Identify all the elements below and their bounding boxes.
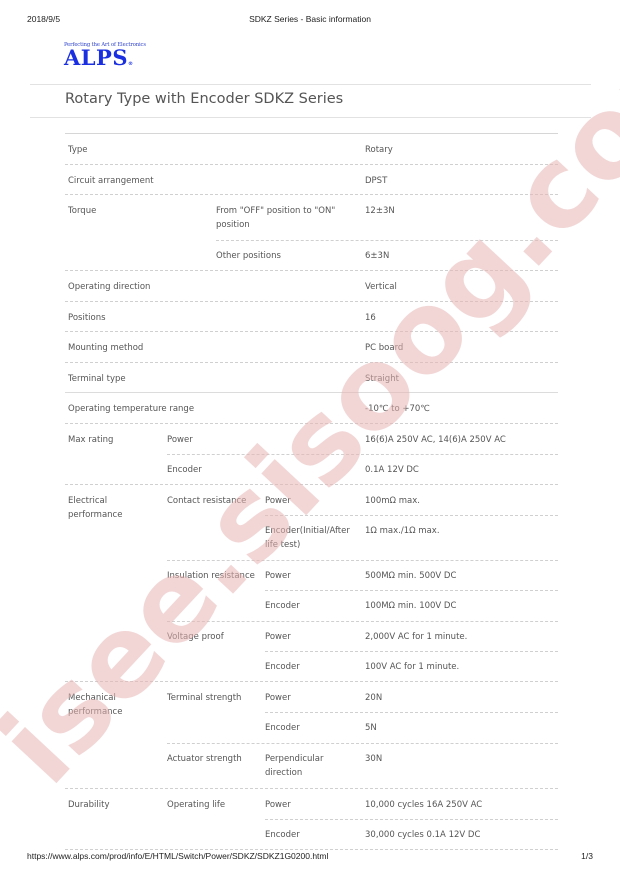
table-row-electrical: Electrical performance Contact resistanc… xyxy=(65,485,558,682)
sub-divider xyxy=(216,240,558,242)
table-row: Mounting method PC board xyxy=(65,332,558,363)
page-title: Rotary Type with Encoder SDKZ Series xyxy=(65,91,343,107)
alps-logo[interactable]: Perfecting the Art of Electronics ALPS® xyxy=(64,42,164,74)
page-number: 1/3 xyxy=(581,851,593,861)
header-divider xyxy=(30,84,591,85)
table-row-mechanical: Mechanical performance Terminal strength… xyxy=(65,682,558,789)
table-row: Circuit arrangement DPST xyxy=(65,165,558,196)
table-row-max-rating: Max rating Power 16(6)A 250V AC, 14(6)A … xyxy=(65,424,558,485)
print-title: SDKZ Series - Basic information xyxy=(0,14,620,24)
table-row: Terminal type Straight xyxy=(65,363,558,394)
table-row: Type Rotary xyxy=(65,134,558,165)
table-row-durability: Durability Operating life Power 10,000 c… xyxy=(65,789,558,850)
spec-table: Type Rotary Circuit arrangement DPST Tor… xyxy=(65,133,558,850)
table-row: Operating temperature range -10℃ to +70℃ xyxy=(65,393,558,424)
page-url: https://www.alps.com/prod/info/E/HTML/Sw… xyxy=(27,851,328,861)
table-row: Positions 16 xyxy=(65,302,558,333)
title-divider xyxy=(30,117,591,118)
table-row: Operating direction Vertical xyxy=(65,271,558,302)
table-row-torque: Torque From "OFF" position to "ON" posit… xyxy=(65,195,558,271)
logo-wordmark: ALPS® xyxy=(64,48,164,74)
